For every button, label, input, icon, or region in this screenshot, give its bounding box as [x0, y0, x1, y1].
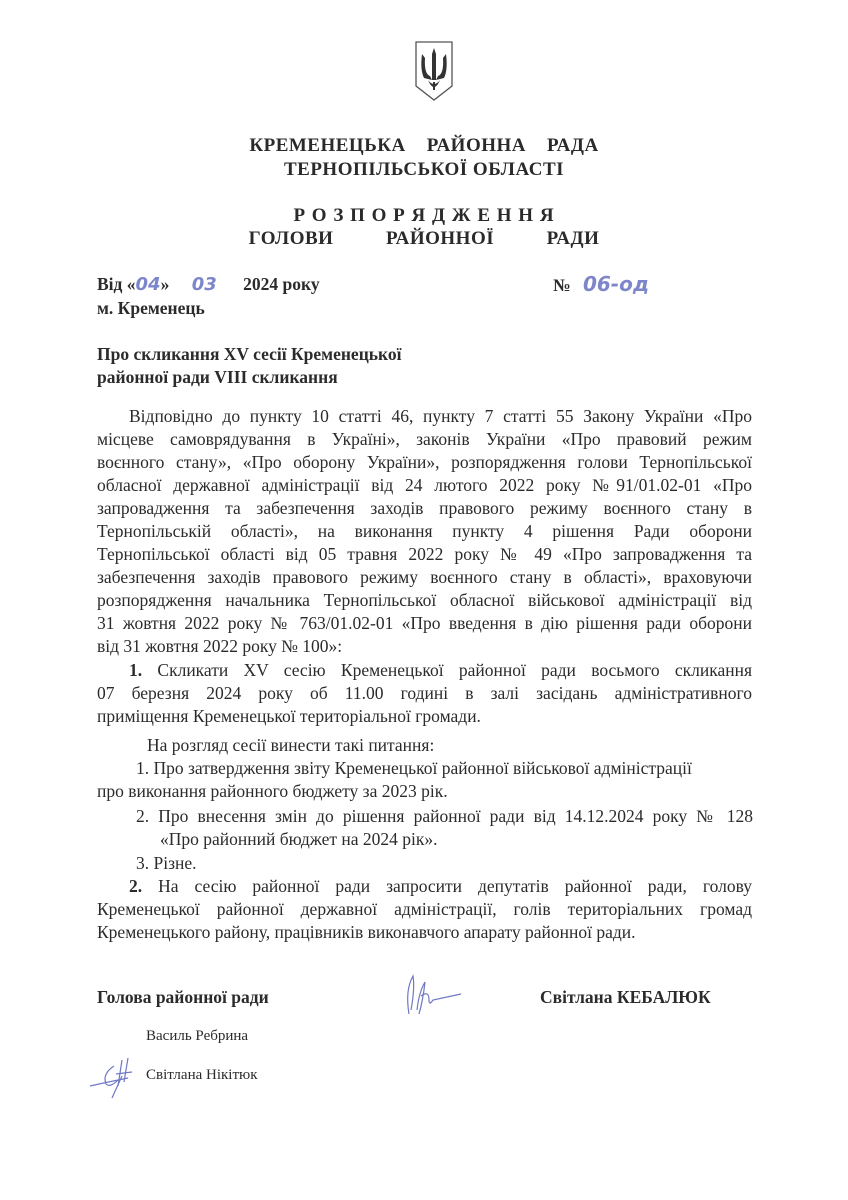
number-label: № [553, 275, 571, 295]
agenda-text: Про затвердження звіту Кременецької райо… [154, 758, 692, 778]
preamble-line: забезпечення заходів правового режиму во… [97, 566, 752, 589]
item-2-line: Кременецької районної державної адмініст… [97, 898, 752, 921]
item-1-text: Скликати XV сесію Кременецької районної … [157, 660, 752, 680]
preamble-paragraph: Відповідно до пункту 10 статті 46, пункт… [97, 405, 752, 658]
item-1-number: 1. [129, 660, 142, 680]
preamble-line: розпорядження начальника Тернопільської … [97, 589, 752, 612]
preamble-line: воєнного стану», «Про оборону України», … [97, 451, 752, 474]
item-2-line: 2. На сесію районної ради запросити депу… [97, 875, 752, 898]
doc-issuer-title: ГОЛОВИ РАЙОННОЇ РАДИ [0, 228, 848, 250]
date-month-handwritten: 03 [192, 274, 217, 295]
agenda-item-1-cont: про виконання районного бюджету за 2023 … [97, 780, 448, 803]
agenda-item-1: 1. Про затвердження звіту Кременецької р… [136, 757, 692, 780]
preamble-line: Тернопільській області», на виконання пу… [97, 520, 752, 543]
item-1-line: 07 березня 2024 року об 11.00 годині в з… [97, 682, 752, 705]
doc-number: № 06-од [553, 273, 649, 297]
approver-2: Світлана Нікітюк [146, 1067, 258, 1084]
preamble-line: запровадження та забезпечення заходів пр… [97, 497, 752, 520]
ukraine-trident-icon [414, 40, 454, 102]
date-day-handwritten: 04 [136, 274, 161, 295]
date-mid: » [161, 274, 170, 294]
signatory-position: Голова районної ради [97, 986, 269, 1009]
agenda-item-3: 3. Різне. [136, 852, 197, 875]
org-name-line1: КРЕМЕНЕЦЬКА РАЙОННА РАДА [0, 135, 848, 157]
agenda-number: 2. [136, 806, 149, 826]
approver-1: Василь Ребрина [146, 1028, 248, 1045]
item-1: 1. Скликати XV сесію Кременецької районн… [97, 659, 752, 728]
item-2-text: На сесію районної ради запросити депутат… [158, 876, 752, 896]
signatory-name: Світлана КЕБАЛЮК [540, 986, 711, 1009]
approver-signature-icon [88, 1052, 148, 1102]
number-handwritten: 06-од [583, 272, 649, 296]
preamble-line: Відповідно до пункту 10 статті 46, пункт… [97, 405, 752, 428]
agenda-number: 1. [136, 758, 149, 778]
org-name-line2: ТЕРНОПІЛЬСЬКОЇ ОБЛАСТІ [0, 159, 848, 181]
date-year: 2024 року [243, 274, 319, 294]
city: м. Кременець [97, 297, 205, 320]
preamble-line: 31 жовтня 2022 року № 763/01.02-01 «Про … [97, 612, 752, 635]
chair-signature-icon [395, 970, 465, 1020]
item-2: 2. На сесію районної ради запросити депу… [97, 875, 752, 944]
preamble-line: Тернопільської області від 05 травня 202… [97, 543, 752, 566]
preamble-line: від 31 жовтня 2022 року № 100»: [97, 635, 752, 658]
doc-type-title: Р О З П О Р Я Д Ж Е Н Н Я [0, 205, 848, 227]
agenda-intro: На розгляд сесії винести такі питання: [147, 734, 434, 757]
preamble-line: обласної державної адміністрації від 24 … [97, 474, 752, 497]
item-1-line: приміщення Кременецької територіальної г… [97, 705, 752, 728]
item-2-number: 2. [129, 876, 142, 896]
subject-line1: Про скликання XV сесії Кременецької [97, 343, 402, 366]
date-line: Від «04» 03 2024 року [97, 273, 320, 296]
agenda-item-2: 2. Про внесення змін до рішення районної… [136, 805, 753, 828]
agenda-text: Про внесення змін до рішення районної ра… [158, 806, 753, 826]
item-1-line: 1. Скликати XV сесію Кременецької районн… [97, 659, 752, 682]
agenda-text: Різне. [154, 853, 197, 873]
agenda-item-2-cont: «Про районний бюджет на 2024 рік». [160, 828, 438, 851]
preamble-line: місцеве самоврядування в Україні», закон… [97, 428, 752, 451]
agenda-number: 3. [136, 853, 149, 873]
subject-line2: районної ради VIII скликання [97, 366, 338, 389]
date-prefix: Від « [97, 274, 136, 294]
item-2-line: Кременецького району, працівників викона… [97, 921, 752, 944]
